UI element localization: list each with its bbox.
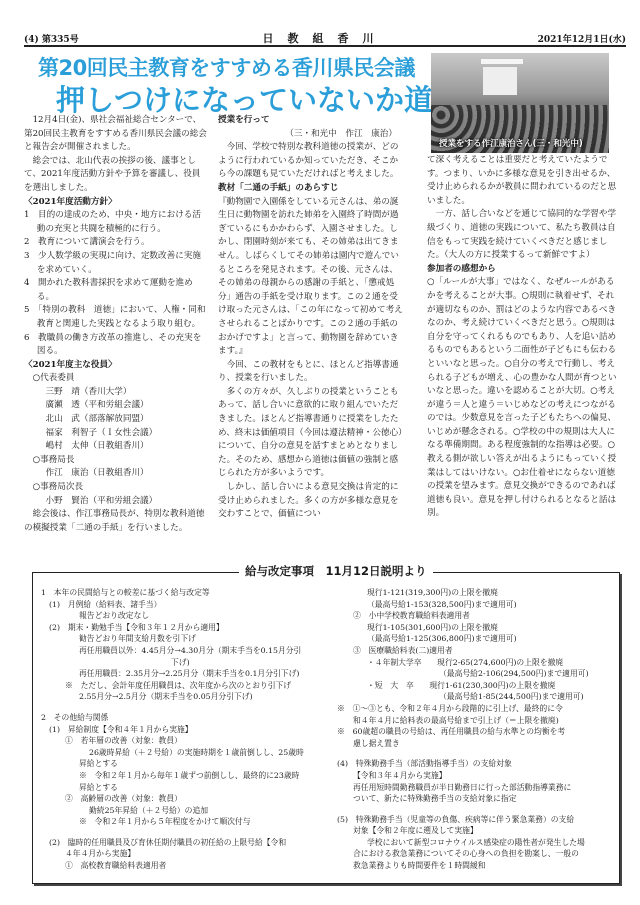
report-paragraph: 今回、この教材をもとに、ほとんど指導書通り、授業を行いました。 [218, 359, 403, 386]
officer-role: ○事務局長 [24, 454, 208, 468]
officer-role: ○代表委員 [24, 372, 208, 386]
newspaper-name: 日教組香川 [24, 30, 626, 46]
salary-line: 慮し据え置き [329, 738, 611, 750]
policy-item: 3 少人数学級の実現に向け、定数改善に実施を求めていく。 [24, 250, 208, 277]
salary-line: ※ 60歳超の職員の号給は、再任用職員の給与水準との均衡を考 [329, 726, 611, 738]
salary-line: ※ ①～③とも、令和２年４月から段階的に引上げ、最終的に令 [329, 703, 611, 715]
salary-line: ４年４月から実施】 [41, 848, 321, 860]
synopsis-text: 『動物園で入園係をしている元さんは、弟の誕生日に動物園を訪れた姉弟を入園終了時間… [218, 196, 403, 359]
salary-line: 昇給とする [41, 782, 321, 794]
page-header: (4) 第335号 日教組香川 2021年12月1日(水) [24, 30, 626, 47]
salary-line: 救急業務よりも時間要件を１時間緩和 [329, 860, 611, 872]
meeting-paragraph: 総会では、北山代表の挨拶の後、議事として、2021年度活動方針や予算を審議し、役… [24, 155, 208, 196]
salary-line: ・４年制大学卒 現行2-65(274,600円)の上限を撤廃 [329, 657, 611, 669]
salary-line: ※ ただし、会計年度任用職員は、次年度から次のとおり引下げ [41, 680, 321, 692]
officer-name: 三野 靖（香川大学） [24, 386, 208, 400]
salary-line: ※ 令和２年１月から５年程度をかけて順次付与 [41, 816, 321, 828]
salary-line: (2) 臨時的任用職員及び育休任期付職員の初任給の上限号給【令和 [41, 837, 321, 849]
salary-line: （最高号給1-85(244,500円)まで適用可) [329, 691, 611, 703]
salary-line: 現行1-105(301,600円)の上限を撤廃 [329, 622, 611, 634]
salary-line: 再任用職員：2.35月分→2.25月分（期末手当を0.1月分引下げ) [41, 668, 321, 680]
report-paragraph: て深く考えることは重要だと考えていたようです。つまり、いかに多様な意見を引き出せ… [427, 154, 619, 208]
report-paragraph: 多くの方々が、久しぶりの授業ということもあって、話し合いに意欲的に取り組んでいた… [218, 386, 403, 481]
salary-line: 2.55月分→2.5月分（期末手当を0.05月分引下げ) [41, 691, 321, 703]
salary-line: 下げ) [41, 657, 321, 669]
salary-line: （最高号給1-153(328,500円)まで適用可) [329, 599, 611, 611]
article-headline: 押しつけになっていないか道徳 [56, 78, 462, 119]
salary-line: ・短 大 卒 現行1-61(230,300円)の上限を撤廃 [329, 680, 611, 692]
officers-heading: 〈2021年度主な役員〉 [24, 359, 208, 373]
article-photo: 授業をする作江康治さん(三・和光中) [431, 53, 609, 153]
officer-name: 作江 康治（日教組香川） [24, 467, 208, 481]
salary-line: 26歳時昇給（＋２号給）の実施時期を１歳前倒しし、25歳時 [41, 747, 321, 759]
salary-revision-box: 給与改定事項 11月12日説明より 1 本年の民間給与との較差に基づく給与改定等… [32, 572, 620, 884]
salary-line: (1) 月例給（給料表、諸手当） [41, 599, 321, 611]
photo-caption: 授業をする作江康治さん(三・和光中) [439, 137, 609, 149]
salary-line: 報告どおり改定なし [41, 610, 321, 622]
salary-line: 2 その他給与関係 [41, 712, 321, 724]
article-column-2: 授業を行って （三・和光中 作江 康治） 今回、学校で特別な教科道徳の授業が、ど… [218, 114, 403, 522]
issue-date: 2021年12月1日(水) [538, 32, 626, 45]
salary-line: ② 小中学校教育職給料表適用者 [329, 610, 611, 622]
officer-role: ○事務局次長 [24, 481, 208, 495]
salary-line: 【令和３年４月から実施】 [329, 770, 611, 782]
spacer [329, 805, 611, 814]
officer-name: 嶋村 太伸（日教組香川） [24, 440, 208, 454]
report-heading: 授業を行って [218, 114, 403, 128]
salary-box-title: 給与改定事項 11月12日説明より [239, 563, 433, 579]
synopsis-heading: 教材「二通の手紙」のあらすじ [218, 182, 403, 196]
report-paragraph: しかし、話し合いによる意見交換は肯定的に受け止められました。多くの方が多様な意見… [218, 481, 403, 522]
salary-line: 現行1-121(319,300円)の上限を撤廃 [329, 587, 611, 599]
spacer [329, 749, 611, 758]
salary-line: (4) 特殊勤務手当（部活動指導手当）の支給対象 [329, 758, 611, 770]
report-paragraph: 一方、話し合いなどを通じて協同的な学習や学級づくり、道徳の実践について、私たち教… [427, 208, 619, 262]
officer-name: 福家 利智子（Ｉ女性会議） [24, 427, 208, 441]
photo-banner [481, 59, 523, 64]
salary-line: (1) 昇給制度【令和４年１月から実施】 [41, 724, 321, 736]
spacer [41, 828, 321, 837]
feedback-heading: 参加者の感想から [427, 263, 619, 277]
spacer [41, 703, 321, 712]
officer-name: 北山 武（部落解放同盟） [24, 413, 208, 427]
report-author: （三・和光中 作江 康治） [218, 128, 403, 142]
salary-line: 学校において新型コロナウイルス感染症の陽性者が発生した場 [329, 837, 611, 849]
closing-paragraph: 総会後は、作江事務局長が、特別な教科道徳の模擬授業「二通の手紙」を行いました。 [24, 508, 208, 535]
feedback-text: ○「ルールが大事」ではなく、なぜルールがあるかを考えることが大事。○規則に執着せ… [427, 276, 619, 521]
policy-item: 4 開かれた教科書採択を求めて運動を進める。 [24, 277, 208, 304]
lead-paragraph: 12月4日(金)、県社会福祉総合センターで、第20回民主教育をすすめる香川県民会… [24, 114, 208, 155]
salary-line: ③ 医療職給料表(二)適用者 [329, 645, 611, 657]
salary-line: (2) 期末・勤勉手当【令和３年１２月から適用】 [41, 622, 321, 634]
policy-item: 2 教育について講演会を行う。 [24, 236, 208, 250]
policy-item: 5 「特別の教科 道徳」において、人権・同和教育と関連した実践となるよう取り組む… [24, 304, 208, 331]
salary-line: 勧告どおり年間支給月数を引下げ [41, 633, 321, 645]
policy-item: 1 目的の達成のため、中央・地方における活動の充実と共闘を積極的に行う。 [24, 209, 208, 236]
salary-line: ② 高齢層の改善（対象：教員） [41, 793, 321, 805]
salary-line: (5) 特殊勤務手当（児童等の負傷、疾病等に伴う緊急業務）の支給 [329, 814, 611, 826]
salary-line: 合における救急業務についてその心身への負担を勘案し、一般の [329, 848, 611, 860]
article-column-1: 12月4日(金)、県社会福祉総合センターで、第20回民主教育をすすめる香川県民会… [24, 114, 208, 535]
salary-line: 和４年４月に給料表の最高号給まで引上げ（＝上限を撤廃) [329, 715, 611, 727]
salary-line: 勤続25年昇給（＋２号給）の追加 [41, 805, 321, 817]
policy-heading: 〈2021年度活動方針〉 [24, 196, 208, 210]
salary-line: ① 若年層の改善（対象：教員） [41, 735, 321, 747]
salary-line: 再任用短時間勤務職員が半日勤務日に行った部活動指導業務に [329, 782, 611, 794]
salary-line: ① 高校教育職給料表適用者 [41, 860, 321, 872]
salary-line: 再任用職員以外：4.45月分→4.30月分（期末手当を0.15月分引 [41, 645, 321, 657]
policy-item: 6 教職員の働き方改革の推進し、その充実を図る。 [24, 332, 208, 359]
photo-projector-screen [483, 67, 517, 95]
officer-name: 廣瀬 透（平和労組会議） [24, 399, 208, 413]
salary-line: 対象【令和２年度に遡及して実施】 [329, 825, 611, 837]
salary-line: （最高号給1-125(306,800円)まで適用可) [329, 633, 611, 645]
salary-line: 1 本年の民間給与との較差に基づく給与改定等 [41, 587, 321, 599]
salary-line: ついて、新たに特殊勤務手当の支給対象に指定 [329, 793, 611, 805]
article-column-3: て深く考えることは重要だと考えていたようです。つまり、いかに多様な意見を引き出せ… [427, 154, 619, 521]
officer-name: 小野 賢治（平和労組会議） [24, 495, 208, 509]
salary-line: 昇給とする [41, 758, 321, 770]
salary-line: ※ 令和２年１月から毎年１歳ずつ前倒しし、最終的に23歳時 [41, 770, 321, 782]
salary-box-right-column: 現行1-121(319,300円)の上限を撤廃（最高号給1-153(328,50… [329, 587, 611, 872]
salary-box-left-column: 1 本年の民間給与との較差に基づく給与改定等(1) 月例給（給料表、諸手当）報告… [41, 587, 321, 872]
report-intro: 今回、学校で特別な教科道徳の授業が、どのように行われているか知っていただき、そこ… [218, 141, 403, 182]
salary-line: （最高号給2-106(294,500円)まで適用可) [329, 668, 611, 680]
